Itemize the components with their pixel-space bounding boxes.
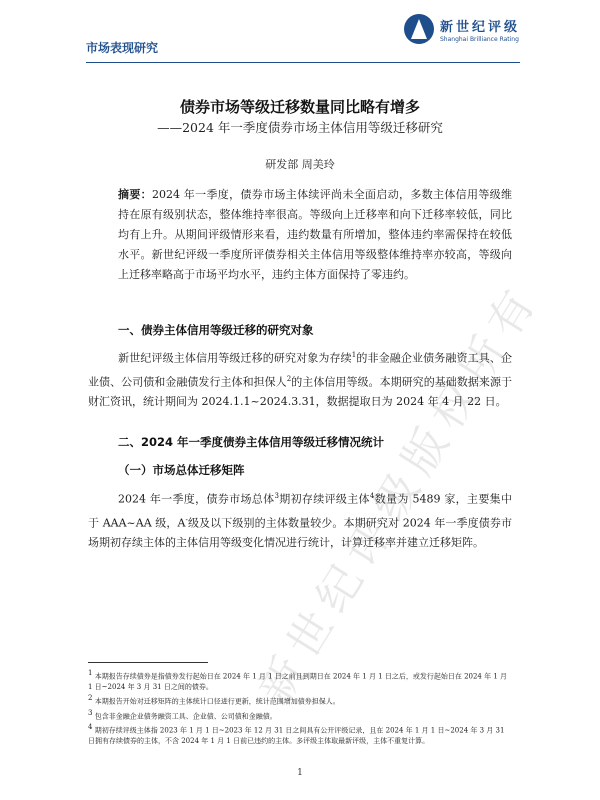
footnote-item: 4 期初存续评级主体指 2023 年 1 月 1 日~2023 年 12 月 3… [88, 722, 512, 747]
section-tag: 市场表现研究 [86, 39, 158, 56]
document-title: 债券市场等级迁移数量同比略有增多 [0, 96, 600, 117]
section-2-paragraph: 2024 年一季度，债券市场总体3期初存续评级主体4数量为 5489 家，主要集… [88, 486, 512, 553]
page-header: 市场表现研究 新世纪评级 Shanghai Brilliance Rating [86, 12, 520, 63]
logo-emblem-icon [404, 14, 434, 44]
footnote-item: 1 本期报告存续债券是指债券发行起始日在 2024 年 1 月 1 日之前且到期… [88, 668, 512, 693]
section-2-heading: 二、2024 年一季度债券主体信用等级迁移情况统计 [118, 434, 384, 450]
section-1-heading: 一、债券主体信用等级迁移的研究对象 [118, 322, 314, 338]
document-subtitle: ——2024 年一季度债券市场主体信用等级迁移研究 [0, 118, 600, 136]
footnote-divider [88, 662, 208, 663]
footnotes: 1 本期报告存续债券是指债券发行起始日在 2024 年 1 月 1 日之前且到期… [88, 668, 512, 747]
author-line: 研发部 周美玲 [0, 156, 600, 172]
logo-name-cn: 新世纪评级 [440, 16, 520, 35]
logo-name-en: Shanghai Brilliance Rating [440, 36, 520, 43]
page-number: 1 [0, 768, 600, 778]
footnote-item: 3 包含非金融企业债务融资工具、企业债、公司债和金融债。 [88, 708, 512, 722]
section-2-subheading: （一）市场总体迁移矩阵 [118, 462, 245, 478]
abstract: 摘要：2024 年一季度，债券市场主体续评尚未全面启动，多数主体信用等级维持在原… [118, 185, 512, 285]
section-1-paragraph: 新世纪评级主体信用等级迁移的研究对象为存续1的非金融企业债务融资工具、企业债、公… [88, 345, 512, 412]
company-logo: 新世纪评级 Shanghai Brilliance Rating [404, 14, 520, 44]
abstract-text: 2024 年一季度，债券市场主体续评尚未全面启动，多数主体信用等级维持在原有级别… [118, 188, 512, 281]
abstract-label: 摘要： [118, 188, 152, 201]
footnote-item: 2 本期报告开始对迁移矩阵的主体统计口径进行更新，统计范围增加债券担保人。 [88, 693, 512, 707]
